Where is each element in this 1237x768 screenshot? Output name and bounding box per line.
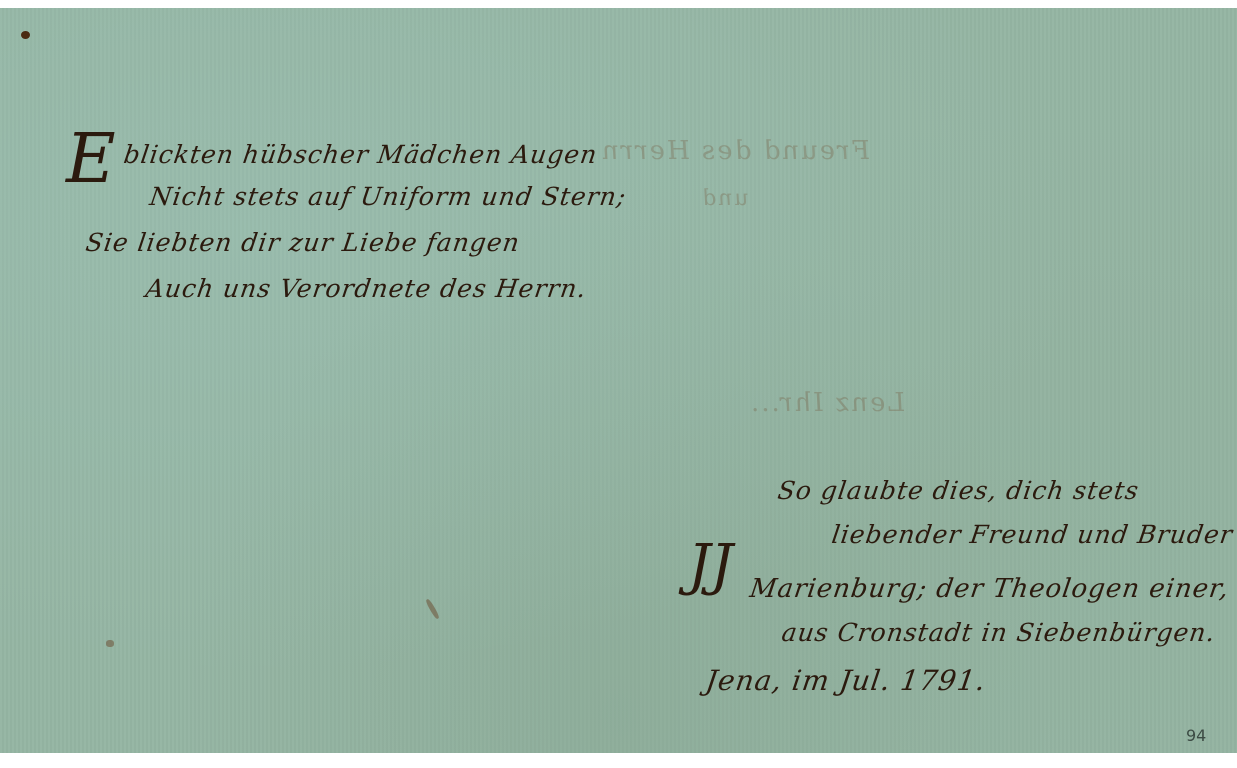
verse-initial-letter: E xyxy=(66,126,116,194)
place-date-line: Jena, im Jul. 1791. xyxy=(704,664,989,697)
signature-line: Marienburg; der Theologen einer, xyxy=(748,574,1231,604)
dedication-line-1: So glaubte dies, dich stets xyxy=(776,476,1141,505)
dedication-line-2: liebender Freund und Bruder xyxy=(830,520,1235,549)
ink-stain xyxy=(425,598,440,620)
verse-line-1: blickten hübscher Mädchen Augen xyxy=(122,140,599,169)
manuscript-page: Freund des Herrn und Lenz Ihr... E blick… xyxy=(0,8,1237,753)
ink-blot xyxy=(21,31,30,39)
bleed-through-line: und xyxy=(698,186,750,211)
verse-line-2: Nicht stets auf Uniform und Stern; xyxy=(148,182,628,211)
signature-monogram: JJ xyxy=(688,538,733,594)
dedication-line-origin: aus Cronstadt in Siebenbürgen. xyxy=(780,618,1218,647)
folio-number: 94 xyxy=(1186,726,1206,745)
ink-stain xyxy=(106,640,114,647)
verse-line-3: Sie liebten dir zur Liebe fangen xyxy=(84,228,522,257)
bleed-through-line: Lenz Ihr... xyxy=(748,388,907,418)
verse-line-4: Auch uns Verordnete des Herrn. xyxy=(144,274,589,303)
bleed-through-line: Freund des Herrn xyxy=(598,136,872,166)
